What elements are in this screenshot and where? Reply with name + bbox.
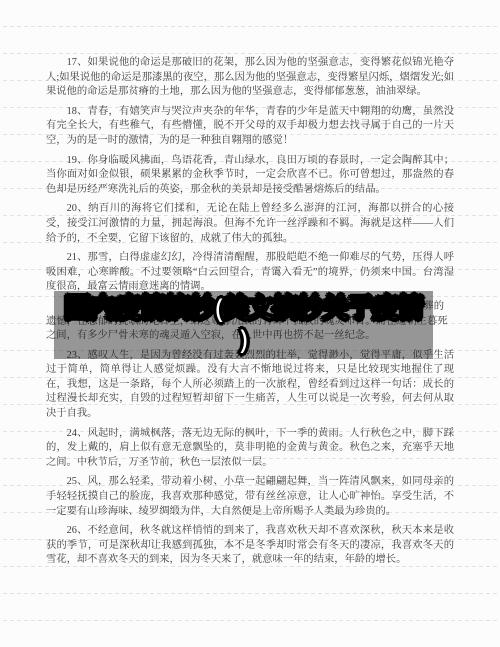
paragraph: 20、纳百川的海将它们揉和，无论在陆上曾经多么澎湃的江河，海都以拼合的心接受，接… — [46, 202, 454, 246]
paragraph: 17、如果说他的命运是那破旧的花架，那么因为他的坚强意志，变得繁花似锦光艳夺人;… — [46, 56, 454, 100]
paragraph: 23、感叹人生，是因为曾经没有过轰轰烈烈的壮举，觉得渺小，觉得平庸，似乎生活过于… — [46, 349, 454, 422]
paragraph: 25、风，那么轻柔，带动着小树、小草一起翩翩起舞，当一阵清风飘来，如同母亲的手轻… — [46, 475, 454, 519]
paragraph: 19、你身临暖风拂面，鸟语花香，青山绿水，良田万顷的春景时，一定会陶醉其中；当你… — [46, 154, 454, 198]
document-page: 17、如果说他的命运是那破旧的花架，那么因为他的坚强意志，变得繁花似锦光艳夺人;… — [0, 0, 500, 647]
page-title: 国内疫情摘抄(美文摘抄关于疫情 ) — [54, 291, 433, 359]
paragraph: 26、不经意间，秋冬就这样悄悄的到来了，我喜欢秋天却不喜欢深秋，秋天本来是收获的… — [46, 524, 454, 568]
paragraph: 24、风起时，满城枫落，落无边无际的枫叶，下一季的黄雨。人行秋色之中，脚下踩的，… — [46, 427, 454, 471]
paragraph: 18、青春，有嬉笑声与哭泣声夹杂的年华，青春的少年是蓝天中翱翔的幼鹰，虽然没有完… — [46, 105, 454, 149]
page-title-line2: ) — [54, 324, 433, 355]
page-title-line1: 国内疫情摘抄(美文摘抄关于疫情 — [54, 293, 433, 324]
paragraph: 21、那雪，白得虚虚幻幻，冷得清清醒醒，那股皑皑不绝一仰难尽的气势，压得人呼吸困… — [46, 251, 454, 295]
